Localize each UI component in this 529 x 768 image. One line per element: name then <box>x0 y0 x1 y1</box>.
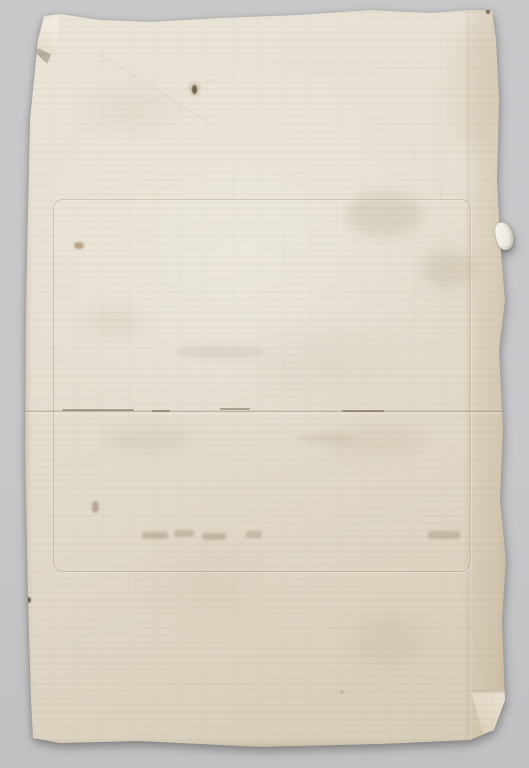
fold-crease-dash <box>220 408 250 410</box>
fold-crease-dash <box>342 410 384 412</box>
ink-spot <box>192 85 197 94</box>
paper-shadow <box>0 0 529 768</box>
edge-fleck <box>26 597 31 603</box>
minor-crease <box>427 16 441 196</box>
photo-stage <box>0 0 529 768</box>
paper-sheet <box>24 6 508 748</box>
plate-mark-impression <box>53 199 471 572</box>
horizontal-fold-crease <box>24 410 508 414</box>
minor-crease <box>144 76 225 104</box>
show-through-stain <box>354 616 424 666</box>
fold-crease-dash <box>62 409 134 411</box>
fold-crease-dash <box>152 410 170 412</box>
minor-crease <box>99 54 210 124</box>
faint-speck <box>340 690 344 694</box>
ink-spot-halo <box>189 82 200 96</box>
minor-crease <box>43 618 126 693</box>
